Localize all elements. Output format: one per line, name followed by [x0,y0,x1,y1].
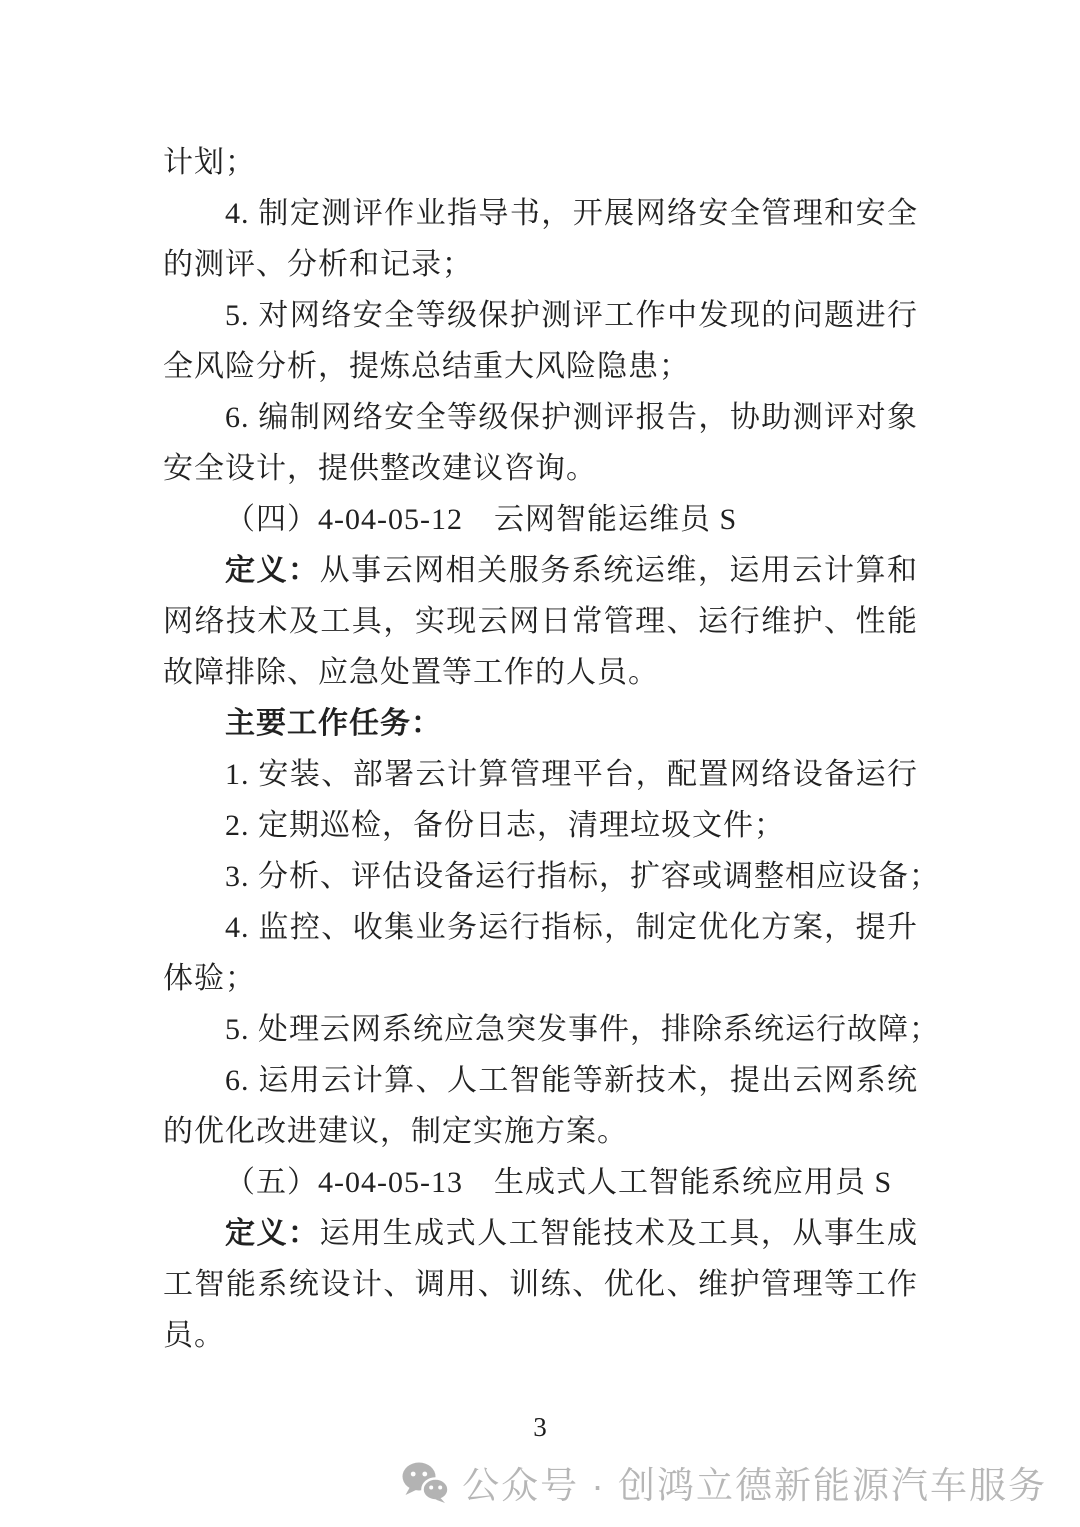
text-segment-bold: 主要工作任务： [225,707,442,740]
text-line: 体验； [163,953,918,1004]
text-segment: 计划； [163,146,256,179]
text-line: 网络技术及工具，实现云网日常管理、运行维护、性能调优、 [163,596,918,647]
text-line: 全风险分析，提炼总结重大风险隐患； [163,341,918,392]
text-line: 的测评、分析和记录； [163,239,918,290]
text-line: 计划； [163,137,918,188]
text-line: （四）4-04-05-12 云网智能运维员 S [163,494,918,545]
text-line: 故障排除、应急处置等工作的人员。 [163,647,918,698]
text-segment-bold: 定义： [225,554,320,587]
page-number: 3 [0,1412,1080,1443]
text-line: 1. 安装、部署云计算管理平台，配置网络设备运行参数； [163,749,918,800]
document-page: 计划；4. 制定测评作业指导书，开展网络安全管理和安全技术的测评、分析和记录；5… [0,0,1080,1527]
text-segment: 3. 分析、评估设备运行指标，扩容或调整相应设备； [225,860,940,893]
text-segment: （四）4-04-05-12 云网智能运维员 S [225,503,737,536]
text-segment: 安全设计，提供整改建议咨询。 [163,452,597,485]
watermark-label: 公众号 · 创鸿立德新能源汽车服务 [462,1455,1047,1509]
text-line: 的优化改进建议，制定实施方案。 [163,1106,918,1157]
text-line: 6. 运用云计算、人工智能等新技术，提出云网系统架构 [163,1055,918,1106]
text-segment: 员。 [163,1319,225,1352]
text-segment: 6. 运用云计算、人工智能等新技术，提出云网系统架构 [225,1064,918,1106]
document-body: 计划；4. 制定测评作业指导书，开展网络安全管理和安全技术的测评、分析和记录；5… [163,137,918,1361]
text-line: 4. 监控、收集业务运行指标，制定优化方案，提升用户 [163,902,918,953]
text-segment: 6. 编制网络安全等级保护测评报告，协助测评对象开展 [225,401,918,443]
text-segment: 的测评、分析和记录； [163,248,473,281]
text-line: 安全设计，提供整改建议咨询。 [163,443,918,494]
text-line: 5. 处理云网系统应急突发事件，排除系统运行故障； [163,1004,918,1055]
text-line: 2. 定期巡检，备份日志，清理垃圾文件； [163,800,918,851]
text-segment: 故障排除、应急处置等工作的人员。 [163,656,659,689]
text-line: 4. 制定测评作业指导书，开展网络安全管理和安全技术 [163,188,918,239]
text-segment: 从事云网相关服务系统运维，运用云计算和智能 [225,554,918,596]
text-segment: 5. 对网络安全等级保护测评工作中发现的问题进行安 [225,299,918,341]
text-line: 3. 分析、评估设备运行指标，扩容或调整相应设备； [163,851,918,902]
watermark: 公众号 · 创鸿立德新能源汽车服务 [401,1455,1047,1509]
text-segment-bold: 定义： [225,1217,320,1250]
text-line: 主要工作任务： [163,698,918,749]
text-segment: 运用生成式人工智能技术及工具，从事生成式人 [225,1217,918,1259]
text-line: 工智能系统设计、调用、训练、优化、维护管理等工作的人 [163,1259,918,1310]
text-line: 定义：运用生成式人工智能技术及工具，从事生成式人 [163,1208,918,1259]
text-line: （五）4-04-05-13 生成式人工智能系统应用员 S [163,1157,918,1208]
text-segment: 网络技术及工具，实现云网日常管理、运行维护、性能调优、 [163,605,918,647]
text-segment: 全风险分析，提炼总结重大风险隐患； [163,350,690,383]
text-line: 5. 对网络安全等级保护测评工作中发现的问题进行安 [163,290,918,341]
text-line: 6. 编制网络安全等级保护测评报告，协助测评对象开展 [163,392,918,443]
text-line: 员。 [163,1310,918,1361]
text-segment: 1. 安装、部署云计算管理平台，配置网络设备运行参数； [225,758,918,800]
text-segment: 4. 制定测评作业指导书，开展网络安全管理和安全技术 [225,197,918,239]
text-segment: 体验； [163,962,256,995]
wechat-icon [401,1461,449,1503]
text-segment: 4. 监控、收集业务运行指标，制定优化方案，提升用户 [225,911,918,953]
text-line: 定义：从事云网相关服务系统运维，运用云计算和智能 [163,545,918,596]
text-segment: 2. 定期巡检，备份日志，清理垃圾文件； [225,809,785,842]
text-segment: 工智能系统设计、调用、训练、优化、维护管理等工作的人 [163,1268,918,1310]
text-segment: 5. 处理云网系统应急突发事件，排除系统运行故障； [225,1013,940,1046]
text-segment: （五）4-04-05-13 生成式人工智能系统应用员 S [225,1166,892,1199]
text-segment: 的优化改进建议，制定实施方案。 [163,1115,628,1148]
